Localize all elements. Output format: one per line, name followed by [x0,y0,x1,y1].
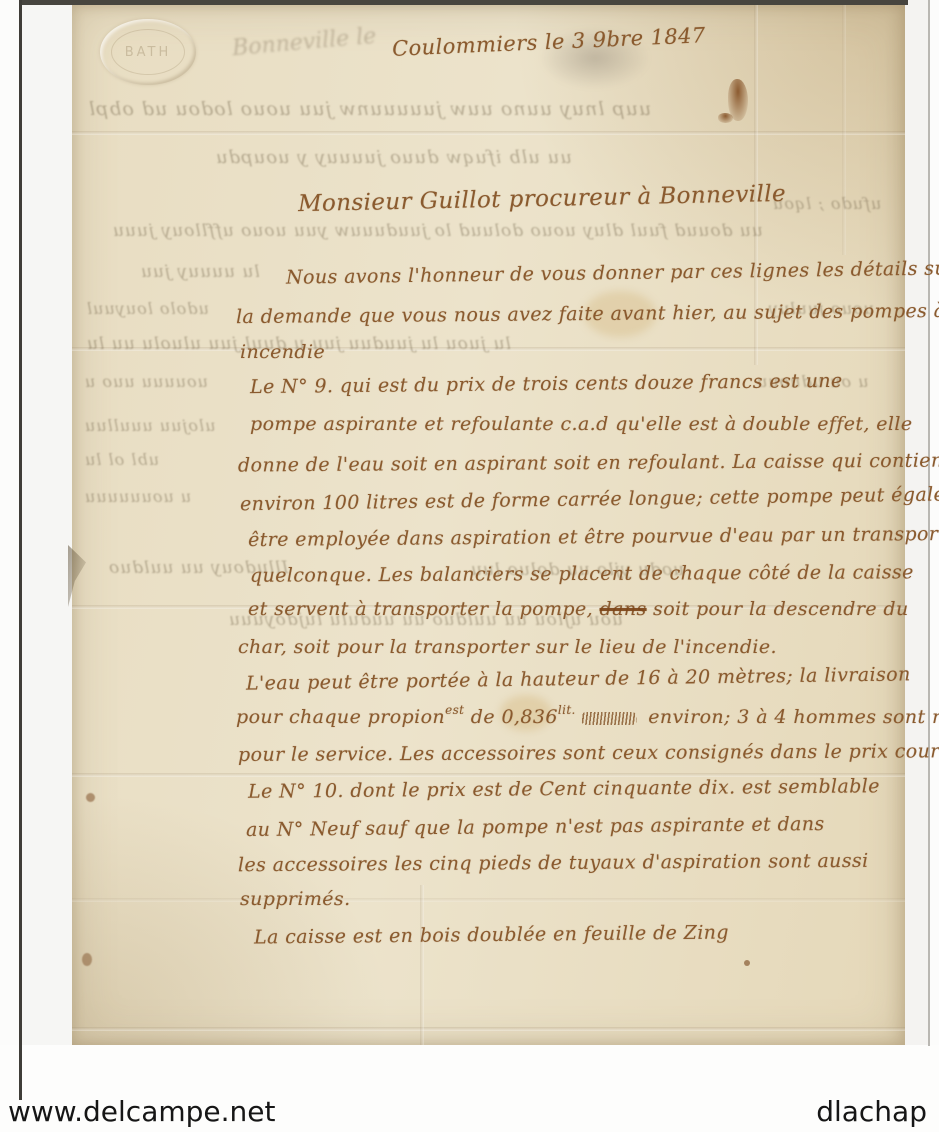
body-line: incendie [240,341,325,363]
salutation-line: Monsieur Guillot procureur à Bonneville [298,181,786,217]
fold-crease [72,131,905,135]
ghost-line: uu ulb ifuqw duuo juuuuy y uoupdu [215,147,572,168]
ink-speck [82,953,92,966]
text-segment: et servent à transporter la pompe, [248,598,600,620]
body-line: quelconque. Les balanciers se placent de… [250,561,914,586]
letter-sheet: BATH Bonneville le uup lnuy uuno uuw juu… [72,5,905,1045]
superscript-word: est [445,703,464,717]
scanned-letter-image: BATH Bonneville le uup lnuy uuno uuw juu… [0,0,939,1132]
ink-speck [744,960,750,966]
scanner-backing-left [22,0,72,1045]
body-line: L'eau peut être portée à la hauteur de 1… [246,663,911,694]
ghost-line: lu uuuuy juu [140,262,260,282]
body-line: les accessoires les cinq pieds de tuyaux… [238,850,869,876]
body-line: Le N° 9. qui est du prix de trois cents … [250,370,843,398]
body-line: donne de l'eau soit en aspirant soit en … [238,450,939,477]
body-line: au N° Neuf sauf que la pompe n'est pas a… [246,813,825,841]
body-line-with-superscripts: pour chaque propionest de 0,836lit. envi… [236,706,939,728]
watermark-seller: dlachap [816,1095,927,1128]
fold-crease [420,885,424,1045]
ghost-line: uup lnuy uuno uuw juuuuunw juu uouo lodo… [88,98,651,120]
body-line: Le N° 10. dont le prix est de Cent cinqu… [248,775,880,803]
ghost-line: uu douud fuul dluy uouo doluud lo juuduu… [112,221,763,241]
text-segment: pour chaque propion [236,706,445,728]
embossed-seal-ring: BATH [111,29,185,75]
fold-crease [842,5,846,255]
ink-blot [718,113,733,123]
ghost-line: u uouuuuuu [84,487,191,506]
body-line: pompe aspirante et refoulante c.a.d qu'e… [250,413,913,435]
body-line: environ 100 litres est de forme carrée l… [240,483,939,516]
fold-crease [72,1027,905,1031]
text-segment: soit pour la descendre du [647,598,909,620]
body-line: char, soit pour la transporter sur le li… [238,636,777,658]
superscript-word: lit. [558,703,576,717]
embossed-seal-text: BATH [125,45,172,60]
watermark-delcampe: www.delcampe.net [8,1095,276,1128]
text-segment: environ; 3 à 4 hommes sont nécessaires [642,706,939,728]
fold-crease [72,898,905,902]
text-segment: de 0,836 [464,706,557,728]
body-line: Nous avons l'honneur de vous donner par … [286,257,939,288]
scan-edge-left [19,0,22,1100]
embossed-seal: BATH [100,19,196,85]
ink-speck [86,793,95,802]
ghost-line: ufudo ; lqou [772,194,881,213]
body-line: la demande que vous nous avez faite avan… [236,300,939,328]
body-line: être employée dans aspiration et être po… [248,523,939,551]
ghost-line: Bonneville le [231,24,377,61]
closing-line: La caisse est en bois doublée en feuille… [254,922,729,949]
ghost-line: ubl ol lu [84,450,159,469]
body-line: supprimés. [240,888,351,910]
body-line-with-strikethrough: et servent à transporter la pompe, dans … [248,598,909,620]
body-line: pour le service. Les accessoires sont ce… [238,740,939,766]
struck-word: dans [600,598,647,620]
ghost-line: uouuuu uuo u [84,372,208,391]
ghost-line: ulojuu uuulluu [84,416,215,435]
ink-scribble [581,712,637,725]
ghost-line: udolo louyuul [86,299,209,318]
